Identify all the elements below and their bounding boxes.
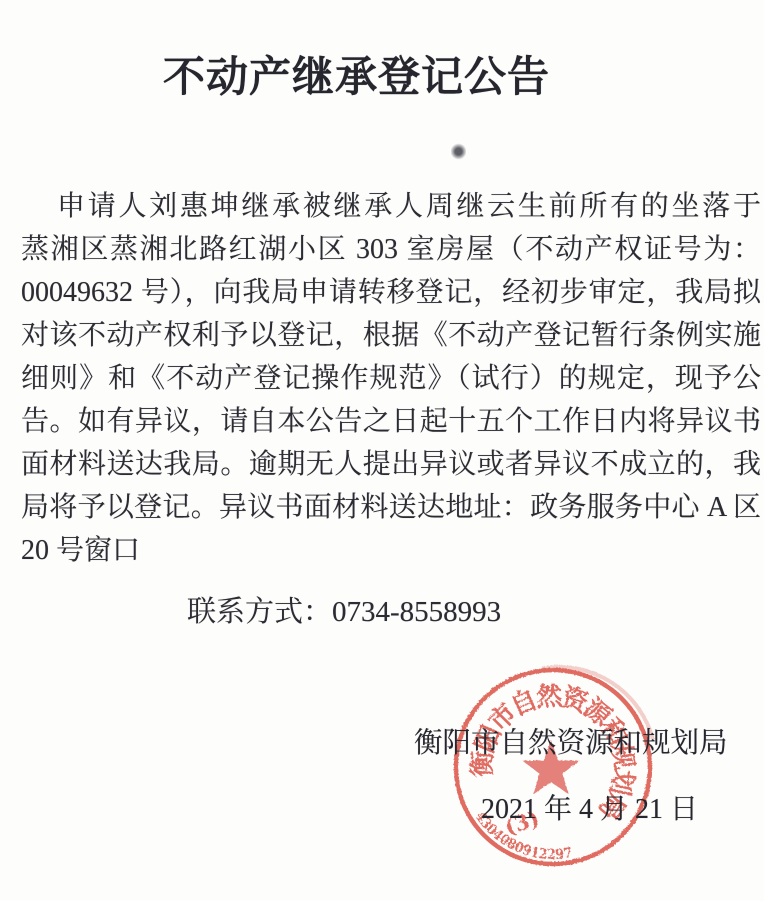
notice-title: 不动产继承登记公告	[0, 44, 713, 104]
scan-speck	[451, 143, 466, 160]
issuer-name: 衡阳市自然资源和规划局	[414, 720, 728, 761]
body-line: 对该不动产权利予以登记，根据《不动产登记暂行条例实施	[21, 314, 761, 357]
body-line: 细则》和《不动产登记操作规范》（试行）的规定，现予公	[21, 357, 761, 400]
body-line: 蒸湘区蒸湘北路红湖小区 303 室房屋（不动产权证号为：	[21, 228, 761, 271]
body-line: 局将予以登记。异议书面材料送达地址：政务服务中心 A 区	[21, 486, 761, 529]
contact-label: 联系方式：	[187, 596, 332, 628]
issue-date: 2021 年 4 月 21 日	[481, 787, 698, 827]
contact-phone: 0734-8558993	[332, 596, 501, 628]
body-line: 20 号窗口	[21, 529, 761, 572]
body-line: 00049632 号），向我局申请转移登记，经初步审定，我局拟	[21, 271, 761, 314]
body-paragraph: 申请人刘惠坤继承被继承人周继云生前所有的坐落于 蒸湘区蒸湘北路红湖小区 303 …	[21, 185, 761, 572]
body-line: 告。如有异议，请自本公告之日起十五个工作日内将异议书	[21, 400, 761, 443]
body-line: 申请人刘惠坤继承被继承人周继云生前所有的坐落于	[21, 185, 761, 228]
body-line: 面材料送达我局。逾期无人提出异议或者异议不成立的，我	[21, 443, 761, 486]
document-page: 不动产继承登记公告 申请人刘惠坤继承被继承人周继云生前所有的坐落于 蒸湘区蒸湘北…	[0, 0, 764, 901]
contact-line: 联系方式：0734-8558993	[187, 589, 501, 630]
official-seal: 衡阳市自然资源和规划局 (3) 4304080912297	[449, 664, 659, 874]
